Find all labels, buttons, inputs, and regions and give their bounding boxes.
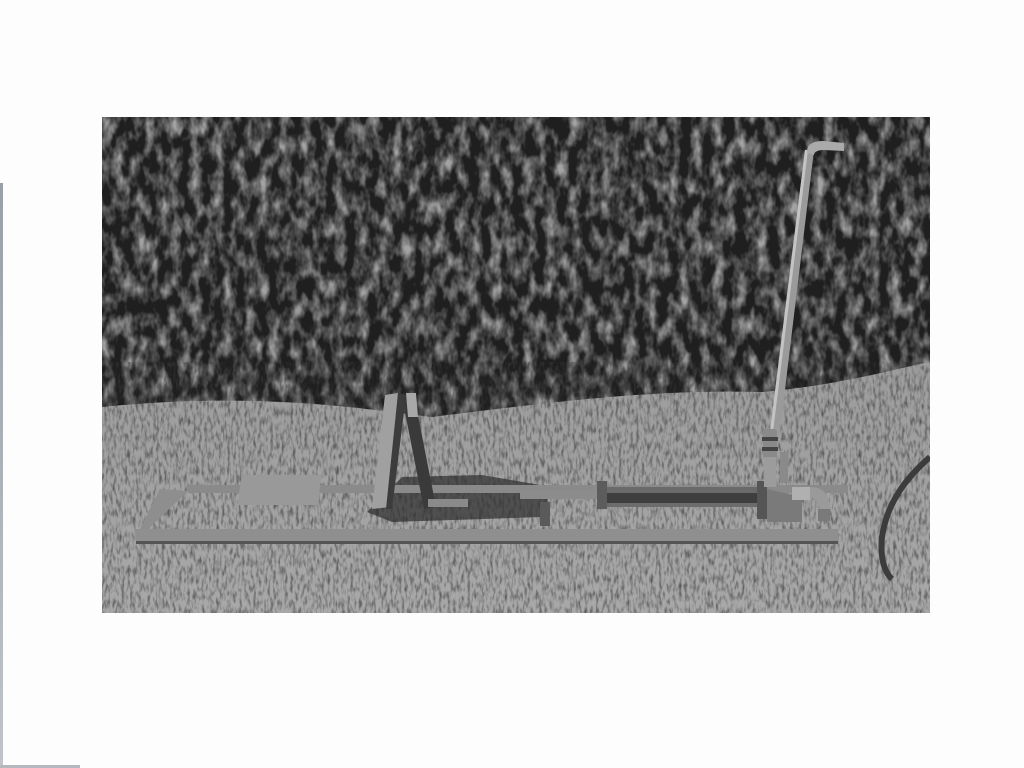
slide-left-border xyxy=(0,183,3,768)
pump-photograph xyxy=(102,117,930,613)
